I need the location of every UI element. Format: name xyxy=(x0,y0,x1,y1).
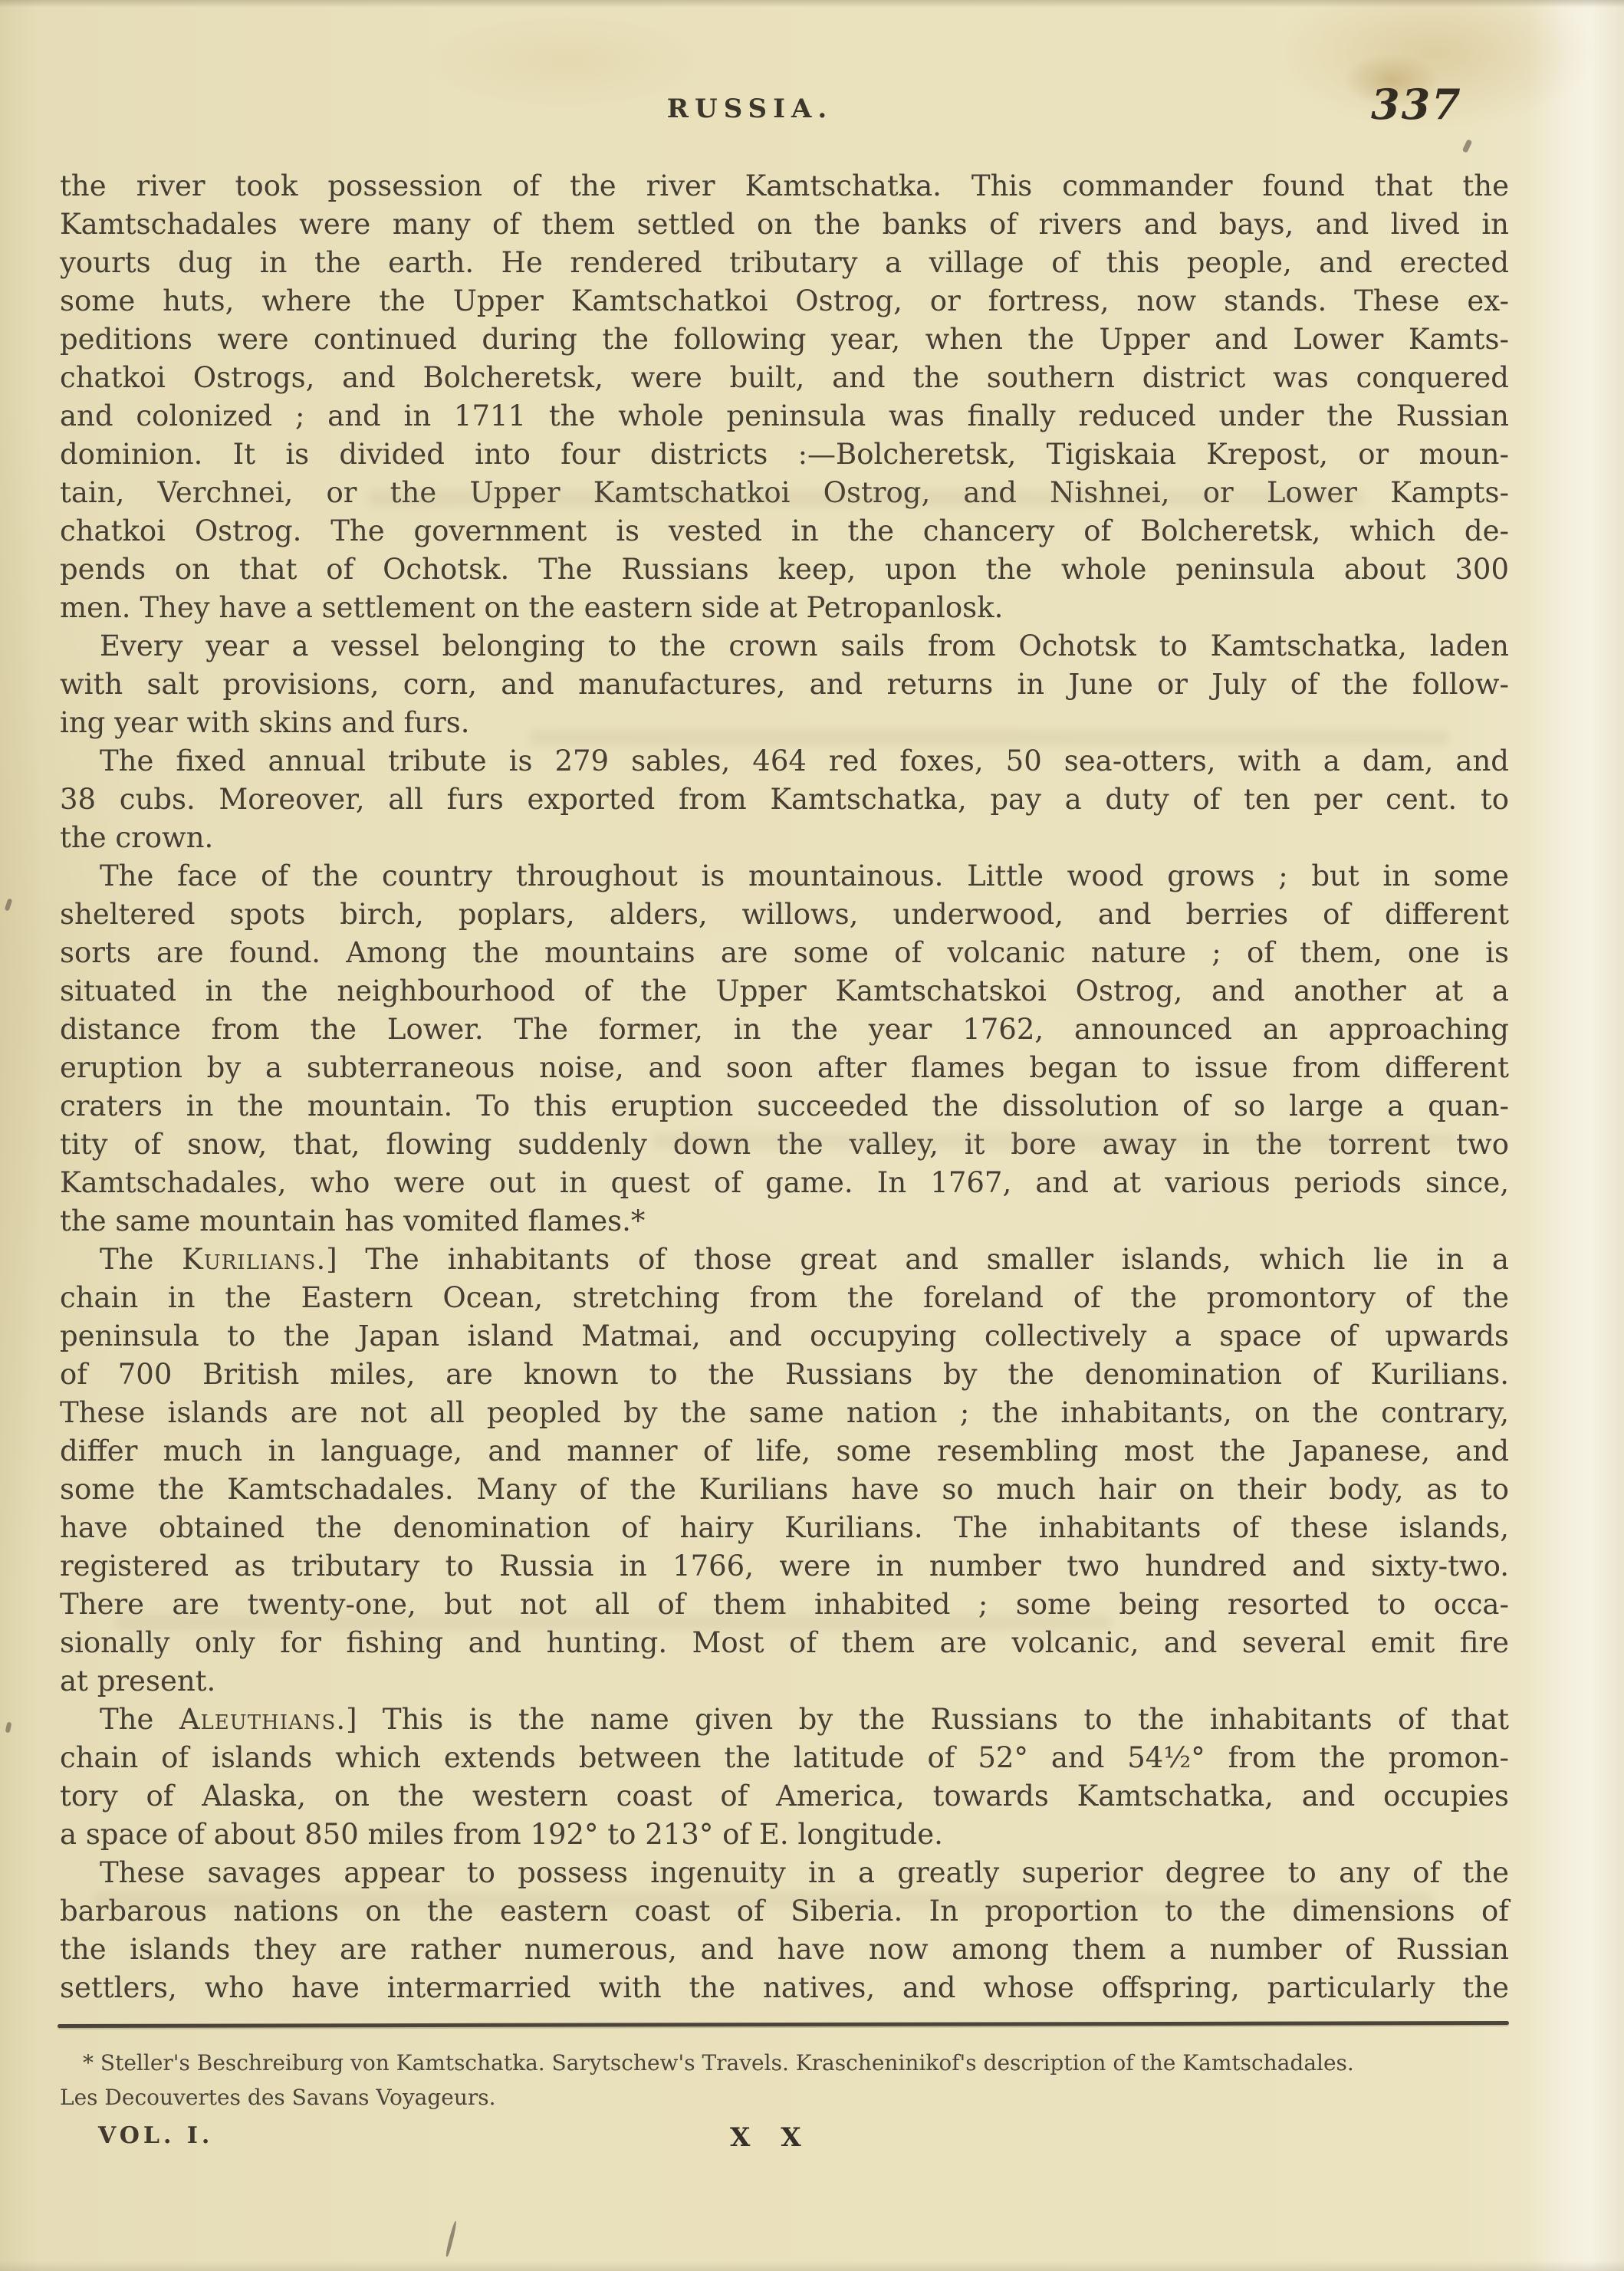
text-line: Kamtschadales, who were out in quest of … xyxy=(60,1164,1509,1202)
text-line: The fixed annual tribute is 279 sables, … xyxy=(60,742,1509,781)
footnote: * Steller's Beschreiburg von Kamtschatka… xyxy=(60,2046,1520,2115)
text-line: differ much in language, and manner of l… xyxy=(60,1432,1509,1471)
page-body: the river took possession of the river K… xyxy=(60,167,1509,2007)
text-line: with salt provisions, corn, and manufact… xyxy=(60,666,1509,704)
ink-stroke xyxy=(445,2220,457,2257)
paragraph: The Aleuthians.] This is the name given … xyxy=(60,1701,1509,1854)
text-line: the islands they are rather numerous, an… xyxy=(60,1931,1509,1969)
text-line: chatkoi Ostrog. The government is vested… xyxy=(60,512,1509,550)
showthrough-smudge xyxy=(652,1133,1457,1149)
text-segment: ] This is the name given by the Russians… xyxy=(346,1703,1509,1736)
paragraph: The fixed annual tribute is 279 sables, … xyxy=(60,742,1509,857)
text-line: Kamtschadales were many of them settled … xyxy=(60,205,1509,244)
ink-speck xyxy=(5,1722,12,1734)
text-line: the river took possession of the river K… xyxy=(60,167,1509,205)
paragraph: The face of the country throughout is mo… xyxy=(60,857,1509,1241)
text-line: chatkoi Ostrogs, and Bolcheretsk, were b… xyxy=(60,359,1509,397)
showthrough-smudge xyxy=(92,1892,1434,1908)
text-line: The face of the country throughout is mo… xyxy=(60,857,1509,896)
text-line: These savages appear to possess ingenuit… xyxy=(60,1854,1509,1892)
showthrough-smudge xyxy=(529,730,1449,745)
footnote-line: * Steller's Beschreiburg von Kamtschatka… xyxy=(60,2046,1520,2080)
ink-speck xyxy=(1462,139,1473,153)
text-line: men. They have a settlement on the easte… xyxy=(60,589,1509,627)
text-line: settlers, who have intermarried with the… xyxy=(60,1969,1509,2007)
text-line: Every year a vessel belonging to the cro… xyxy=(60,627,1509,666)
paragraph: These savages appear to possess ingenuit… xyxy=(60,1854,1509,2007)
text-line: tory of Alaska, on the western coast of … xyxy=(60,1777,1509,1816)
book-page: RUSSIA. 337 the river took possession of… xyxy=(0,0,1624,2271)
running-head: RUSSIA. xyxy=(0,94,1500,124)
page-number: 337 xyxy=(1371,80,1462,129)
small-caps-text: Kurilians. xyxy=(182,1243,326,1276)
text-line: These islands are not all peopled by the… xyxy=(60,1394,1509,1432)
showthrough-smudge xyxy=(115,1615,1112,1630)
text-line: The Aleuthians.] This is the name given … xyxy=(60,1701,1509,1739)
footnote-rule xyxy=(58,2021,1509,2028)
text-line: craters in the mountain. To this eruptio… xyxy=(60,1087,1509,1126)
text-line: chain of islands which extends between t… xyxy=(60,1739,1509,1777)
paragraph: the river took possession of the river K… xyxy=(60,167,1509,627)
text-line: situated in the neighbourhood of the Upp… xyxy=(60,972,1509,1011)
text-line: the same mountain has vomited flames.* xyxy=(60,1202,1509,1241)
text-line: 38 cubs. Moreover, all furs exported fro… xyxy=(60,781,1509,819)
text-line: at present. xyxy=(60,1662,1509,1701)
showthrough-smudge xyxy=(368,491,1365,506)
text-line: The Kurilians.] The inhabitants of those… xyxy=(60,1241,1509,1279)
text-line: dominion. It is divided into four distri… xyxy=(60,435,1509,474)
text-segment: The xyxy=(100,1243,182,1276)
paragraph: The Kurilians.] The inhabitants of those… xyxy=(60,1241,1509,1701)
text-line: and colonized ; and in 1711 the whole pe… xyxy=(60,397,1509,435)
text-line: distance from the Lower. The former, in … xyxy=(60,1011,1509,1049)
text-line: peditions were continued during the foll… xyxy=(60,320,1509,359)
text-line: peninsula to the Japan island Matmai, an… xyxy=(60,1317,1509,1356)
paragraph: Every year a vessel belonging to the cro… xyxy=(60,627,1509,742)
text-line: some the Kamtschadales. Many of the Kuri… xyxy=(60,1471,1509,1509)
text-line: some huts, where the Upper Kamtschatkoi … xyxy=(60,282,1509,320)
text-line: the crown. xyxy=(60,819,1509,857)
text-line: eruption by a subterraneous noise, and s… xyxy=(60,1049,1509,1087)
ink-speck xyxy=(5,898,13,911)
text-line: a space of about 850 miles from 192° to … xyxy=(60,1816,1509,1854)
volume-label: VOL. I. xyxy=(98,2122,213,2149)
small-caps-text: Aleuthians. xyxy=(179,1703,346,1736)
text-segment: The xyxy=(100,1703,179,1736)
text-line: sheltered spots birch, poplars, alders, … xyxy=(60,896,1509,934)
text-line: of 700 British miles, are known to the R… xyxy=(60,1356,1509,1394)
text-line: chain in the Eastern Ocean, stretching f… xyxy=(60,1279,1509,1317)
text-line: sorts are found. Among the mountains are… xyxy=(60,934,1509,972)
footnote-line: Les Decouvertes des Savans Voyageurs. xyxy=(60,2080,1520,2115)
text-segment: ] The inhabitants of those great and sma… xyxy=(326,1243,1509,1276)
text-line: yourts dug in the earth. He rendered tri… xyxy=(60,244,1509,282)
text-line: pends on that of Ochotsk. The Russians k… xyxy=(60,550,1509,589)
text-line: registered as tributary to Russia in 176… xyxy=(60,1547,1509,1586)
signature-mark: X X xyxy=(730,2122,812,2153)
text-line: have obtained the denomination of hairy … xyxy=(60,1509,1509,1547)
